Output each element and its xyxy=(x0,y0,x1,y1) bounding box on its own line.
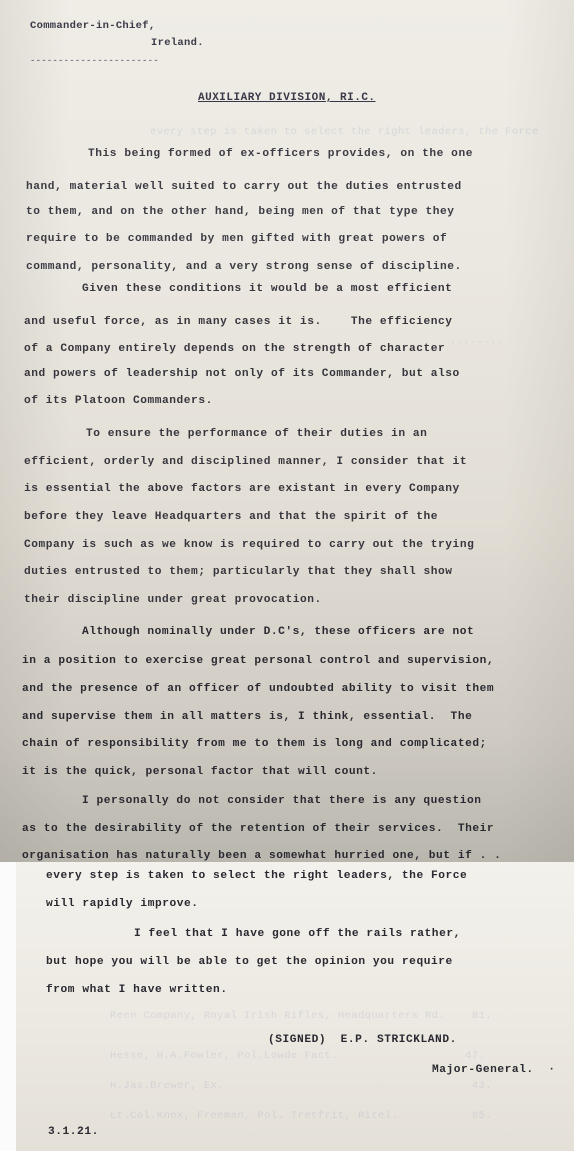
document-date: 3.1.21. xyxy=(48,1126,99,1138)
text-line: from what I have written. xyxy=(46,984,228,996)
addressee-line-2: Ireland. xyxy=(151,37,204,49)
bleed-through-text: ........ xyxy=(450,335,504,347)
text-line: require to be commanded by men gifted wi… xyxy=(26,233,447,245)
addressee-line-1: Commander-in-Chief, xyxy=(30,20,155,32)
text-line: To ensure the performance of their dutie… xyxy=(86,428,427,440)
text-line: before they leave Headquarters and that … xyxy=(24,511,438,523)
bleed-through-text: Reen Company, Royal Irish Rifles, Headqu… xyxy=(110,1010,492,1022)
text-line: and powers of leadership not only of its… xyxy=(24,368,460,380)
bleed-through-text: every step is taken to select the right … xyxy=(150,126,539,138)
text-line: chain of responsibility from me to them … xyxy=(22,738,487,750)
text-line: to them, and on the other hand, being me… xyxy=(26,206,455,218)
left-white-strip xyxy=(0,862,16,1151)
text-line: is essential the above factors are exist… xyxy=(24,483,460,495)
signature-rank: Major-General. · xyxy=(432,1064,555,1076)
text-line: in a position to exercise great personal… xyxy=(22,655,494,667)
text-line: Given these conditions it would be a mos… xyxy=(82,283,452,295)
text-line: Company is such as we know is required t… xyxy=(24,539,474,551)
text-line: their discipline under great provocation… xyxy=(24,594,322,606)
text-line: I feel that I have gone off the rails ra… xyxy=(134,928,461,940)
text-line: efficient, orderly and disciplined manne… xyxy=(24,456,467,468)
text-line: of a Company entirely depends on the str… xyxy=(24,343,445,355)
bleed-through-text: Lt.Col.Knox, Freeman, Pol. Tretfrit, Rit… xyxy=(110,1110,492,1122)
header-rule: ----------------------- xyxy=(30,56,159,66)
document-title: AUXILIARY DIVISION, RI.C. xyxy=(198,92,376,104)
signature-line: (SIGNED) E.P. STRICKLAND. xyxy=(268,1034,457,1046)
text-line: will rapidly improve. xyxy=(46,898,199,910)
text-line: and useful force, as in many cases it is… xyxy=(24,316,453,328)
bleed-through-text: Hesse, H.A.Fowler, Pol.Lowde Fact. 47. xyxy=(110,1050,485,1062)
text-line: organisation has naturally been a somewh… xyxy=(22,850,501,862)
text-line: I personally do not consider that there … xyxy=(82,795,482,807)
text-line: duties entrusted to them; particularly t… xyxy=(24,566,453,578)
text-line: it is the quick, personal factor that wi… xyxy=(22,766,378,778)
text-line: command, personality, and a very strong … xyxy=(26,261,462,273)
text-line: Although nominally under D.C's, these of… xyxy=(82,626,474,638)
text-line: and supervise them in all matters is, I … xyxy=(22,711,472,723)
text-line: every step is taken to select the right … xyxy=(46,870,467,882)
text-line: This being formed of ex-officers provide… xyxy=(88,148,473,160)
text-line: but hope you will be able to get the opi… xyxy=(46,956,453,968)
bleed-through-text: H.Jas.Brewer, Ex. 43. xyxy=(110,1080,492,1092)
text-line: hand, material well suited to carry out … xyxy=(26,181,462,193)
text-line: of its Platoon Commanders. xyxy=(24,395,213,407)
text-line: and the presence of an officer of undoub… xyxy=(22,683,494,695)
text-line: as to the desirability of the retention … xyxy=(22,823,494,835)
